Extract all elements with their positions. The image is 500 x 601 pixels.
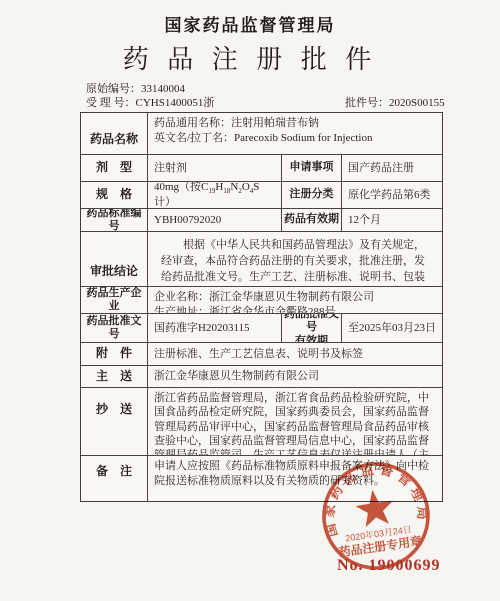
row-specification: 规 格 40mg（按C19H18N2O4S计） 注册分类 原化学药品第6类 (81, 182, 442, 209)
reg-class-label: 注册分类 (281, 182, 342, 208)
seal-date: 2020年03月24日 (344, 523, 412, 543)
spec-formula: 40mg（按C19H18N2O4S计） (154, 182, 275, 208)
manufacturer-label: 药品生产企业 (81, 287, 148, 313)
reg-class-value: 原化学药品第6类 (342, 182, 442, 208)
acceptance-number: 受 理 号：CYHS1400051浙 (86, 94, 214, 110)
row-copy-send: 抄 送 浙江省药品监督管理局，浙江省食品药品检验研究院，中国食品药品检定研究院，… (81, 388, 442, 456)
copy-send-value: 浙江省药品监督管理局，浙江省食品药品检验研究院，中国食品药品检定研究院，国家药典… (148, 388, 442, 455)
attachments-value: 注册标准、生产工艺信息表、说明书及标签 (148, 343, 442, 365)
row-drug-name: 药品名称 药品通用名称：注射用帕瑞昔布钠 英文名/拉丁名：Parecoxib S… (81, 113, 442, 155)
spec-value: 40mg（按C19H18N2O4S计） (148, 182, 281, 208)
conclusion-text: 根据《中华人民共和国药品管理法》及有关规定，经审查，本品符合药品注册的有关要求，… (154, 235, 436, 286)
conclusion-label: 审批结论 (81, 232, 148, 286)
drug-generic-name: 药品通用名称：注射用帕瑞昔布钠 (154, 116, 436, 131)
drug-name-value: 药品通用名称：注射用帕瑞昔布钠 英文名/拉丁名：Parecoxib Sodium… (148, 113, 442, 154)
attachments-label: 附 件 (81, 343, 148, 365)
main-send-label: 主 送 (81, 366, 148, 387)
drug-validity-value: 12个月 (342, 209, 442, 231)
row-main-send: 主 送 浙江金华康恩贝生物制药有限公司 (81, 366, 442, 388)
approval-document-number: 批件号：2020S00155 (345, 94, 445, 110)
spec-label: 规 格 (81, 182, 148, 208)
apply-item-label: 申请事项 (281, 155, 342, 181)
approval-table: 药品名称 药品通用名称：注射用帕瑞昔布钠 英文名/拉丁名：Parecoxib S… (80, 112, 443, 502)
manufacturer-name: 企业名称：浙江金华康恩贝生物制药有限公司 (154, 290, 436, 305)
remarks-label: 备 注 (81, 456, 148, 501)
agency-name: 国家药品监督管理局 (0, 11, 500, 36)
drug-name-label: 药品名称 (81, 113, 148, 154)
seal-title: 药品注册专用章 (338, 533, 423, 560)
row-manufacturer: 药品生产企业 企业名称：浙江金华康恩贝生物制药有限公司 生产地址：浙江省金华市金… (81, 287, 442, 314)
row-remarks: 备 注 申请人应按照《药品标准物质原料申报备案方法》向中检院报送标准物质原料以及… (81, 456, 442, 501)
std-no-value: YBH00792020 (148, 209, 281, 231)
row-approval-number: 药品批准文号 国药准字H20203115 药品批准文号 有效期 至2025年03… (81, 314, 442, 343)
approval-validity-value: 至2025年03月23日 (342, 314, 442, 342)
remarks-value: 申请人应按照《药品标准物质原料申报备案方法》向中检院报送标准物质原料以及有关物质… (148, 456, 442, 501)
drug-english-name: 英文名/拉丁名：Parecoxib Sodium for Injection (154, 131, 436, 146)
row-attachments: 附 件 注册标准、生产工艺信息表、说明书及标签 (81, 343, 442, 366)
std-no-label: 药品标准编号 (81, 209, 148, 231)
dosage-form-label: 剂 型 (81, 155, 148, 181)
main-send-value: 浙江金华康恩贝生物制药有限公司 (148, 366, 442, 387)
serial-number: No. 19000699 (337, 557, 441, 575)
document-title: 药 品 注 册 批 件 (0, 39, 500, 76)
row-standard-number: 药品标准编号 YBH00792020 药品有效期 12个月 (81, 209, 442, 232)
approval-validity-label: 药品批准文号 有效期 (281, 314, 342, 342)
row-dosage-form: 剂 型 注射剂 申请事项 国产药品注册 (81, 155, 442, 182)
manufacturer-address: 生产地址：浙江省金华市金衢路288号 (154, 305, 436, 313)
dosage-form-value: 注射剂 (148, 155, 281, 181)
row-conclusion: 审批结论 根据《中华人民共和国药品管理法》及有关规定，经审查，本品符合药品注册的… (81, 232, 442, 287)
apply-item-value: 国产药品注册 (342, 155, 442, 181)
approval-number-value: 国药准字H20203115 (148, 314, 281, 342)
approval-number-label: 药品批准文号 (81, 314, 148, 342)
copy-send-label: 抄 送 (81, 388, 148, 455)
approval-document: 国家药品监督管理局 药 品 注 册 批 件 原始编号：33140004 受 理 … (0, 0, 500, 601)
drug-validity-label: 药品有效期 (281, 209, 342, 231)
